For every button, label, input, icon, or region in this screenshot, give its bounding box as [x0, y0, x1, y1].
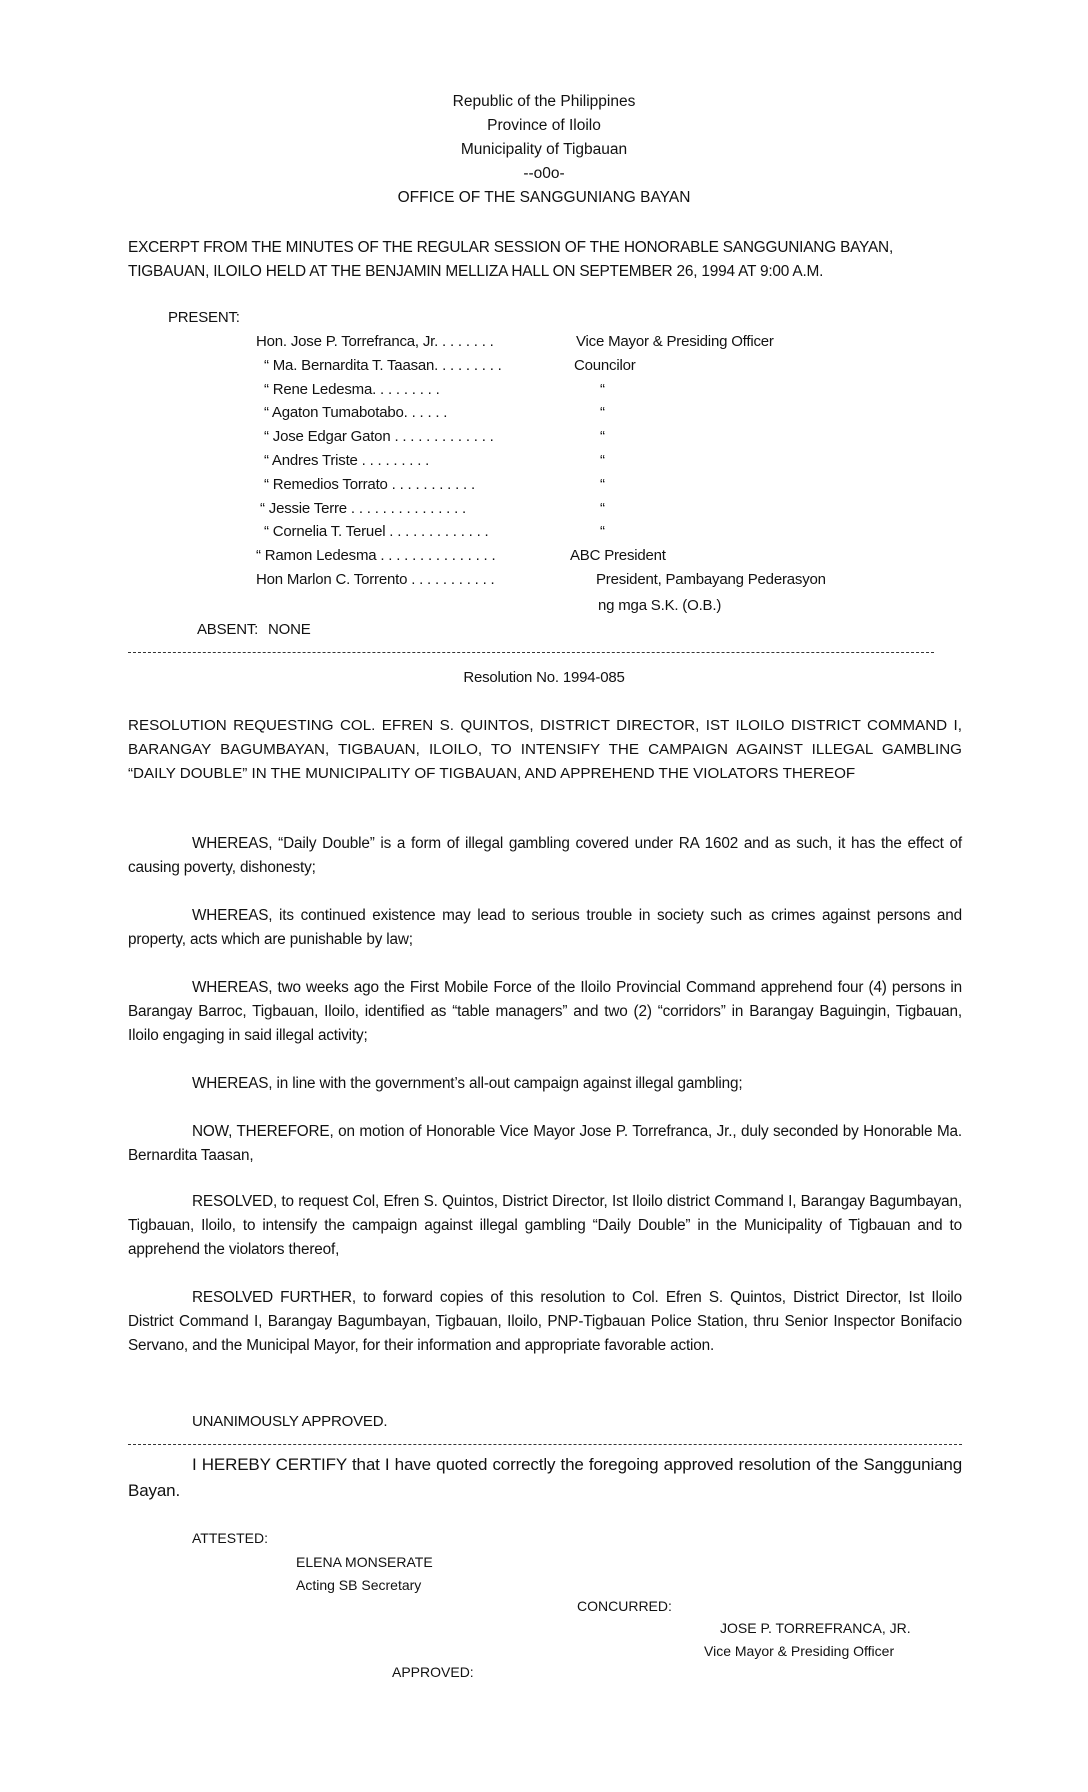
resolution-paragraph: WHEREAS, in line with the government’s a…: [128, 1072, 962, 1096]
member-name: “ Ma. Bernardita T. Taasan. . . . . . . …: [264, 354, 502, 378]
member-name: “ Agaton Tumabotabo. . . . . .: [264, 401, 447, 425]
header-province: Province of Iloilo: [0, 114, 1088, 138]
member-name: “ Jose Edgar Gaton . . . . . . . . . . .…: [264, 425, 494, 449]
member-role: “: [600, 401, 605, 425]
header-office: OFFICE OF THE SANGGUNIANG BAYAN: [0, 186, 1088, 210]
excerpt-line-1: EXCERPT FROM THE MINUTES OF THE REGULAR …: [128, 236, 893, 260]
member-name: “ Rene Ledesma. . . . . . . . .: [264, 378, 440, 402]
present-label: PRESENT:: [168, 306, 240, 330]
member-name: “ Remedios Torrato . . . . . . . . . . .: [264, 473, 475, 497]
absent-value: NONE: [268, 618, 311, 642]
member-name: “ Andres Triste . . . . . . . . .: [264, 449, 429, 473]
role-continuation: ng mga S.K. (O.B.): [598, 594, 721, 618]
attested-title: Acting SB Secretary: [296, 1575, 421, 1595]
member-role: “: [600, 449, 605, 473]
member-name: Hon. Jose P. Torrefranca, Jr. . . . . . …: [256, 330, 494, 354]
resolution-paragraph: WHEREAS, two weeks ago the First Mobile …: [128, 976, 962, 1048]
divider-dashed: [128, 652, 934, 653]
attested-label: ATTESTED:: [192, 1528, 268, 1548]
letterhead: Republic of the Philippines Province of …: [0, 90, 1088, 210]
member-role: President, Pambayang Pederasyon: [596, 568, 826, 592]
resolution-paragraph: NOW, THEREFORE, on motion of Honorable V…: [128, 1120, 962, 1168]
member-role: “: [600, 425, 605, 449]
member-name: “ Cornelia T. Teruel . . . . . . . . . .…: [264, 520, 489, 544]
member-role: “: [600, 520, 605, 544]
attested-name: ELENA MONSERATE: [296, 1552, 433, 1572]
resolution-paragraph: WHEREAS, “Daily Double” is a form of ill…: [128, 832, 962, 880]
approved-label: APPROVED:: [392, 1662, 474, 1682]
resolution-paragraph: RESOLVED FURTHER, to forward copies of t…: [128, 1286, 962, 1358]
concurred-name: JOSE P. TORREFRANCA, JR.: [720, 1618, 911, 1638]
member-role: ABC President: [570, 544, 666, 568]
header-municipality: Municipality of Tigbauan: [0, 138, 1088, 162]
divider-dashed-2: [128, 1444, 962, 1445]
member-name: “ Ramon Ledesma . . . . . . . . . . . . …: [256, 544, 495, 568]
approval-status: UNANIMOUSLY APPROVED.: [192, 1410, 387, 1434]
resolution-paragraph: RESOLVED, to request Col, Efren S. Quint…: [128, 1190, 962, 1262]
member-role: “: [600, 378, 605, 402]
document-page: Republic of the Philippines Province of …: [0, 0, 1088, 1792]
resolution-number: Resolution No. 1994-085: [0, 666, 1088, 690]
member-role: “: [600, 497, 605, 521]
certification-text: I HEREBY CERTIFY that I have quoted corr…: [128, 1452, 962, 1504]
member-role: Vice Mayor & Presiding Officer: [576, 330, 774, 354]
concurred-title: Vice Mayor & Presiding Officer: [704, 1641, 894, 1661]
resolution-title: RESOLUTION REQUESTING COL. EFREN S. QUIN…: [128, 714, 962, 786]
concurred-label: CONCURRED:: [577, 1596, 672, 1616]
header-republic: Republic of the Philippines: [0, 90, 1088, 114]
resolution-paragraph: WHEREAS, its continued existence may lea…: [128, 904, 962, 952]
absent-label: ABSENT:: [197, 618, 258, 642]
member-name: Hon Marlon C. Torrento . . . . . . . . .…: [256, 568, 495, 592]
member-role: “: [600, 473, 605, 497]
excerpt-line-2: TIGBAUAN, ILOILO HELD AT THE BENJAMIN ME…: [128, 260, 823, 284]
header-separator: --o0o-: [0, 162, 1088, 186]
member-name: “ Jessie Terre . . . . . . . . . . . . .…: [260, 497, 466, 521]
member-role: Councilor: [574, 354, 636, 378]
